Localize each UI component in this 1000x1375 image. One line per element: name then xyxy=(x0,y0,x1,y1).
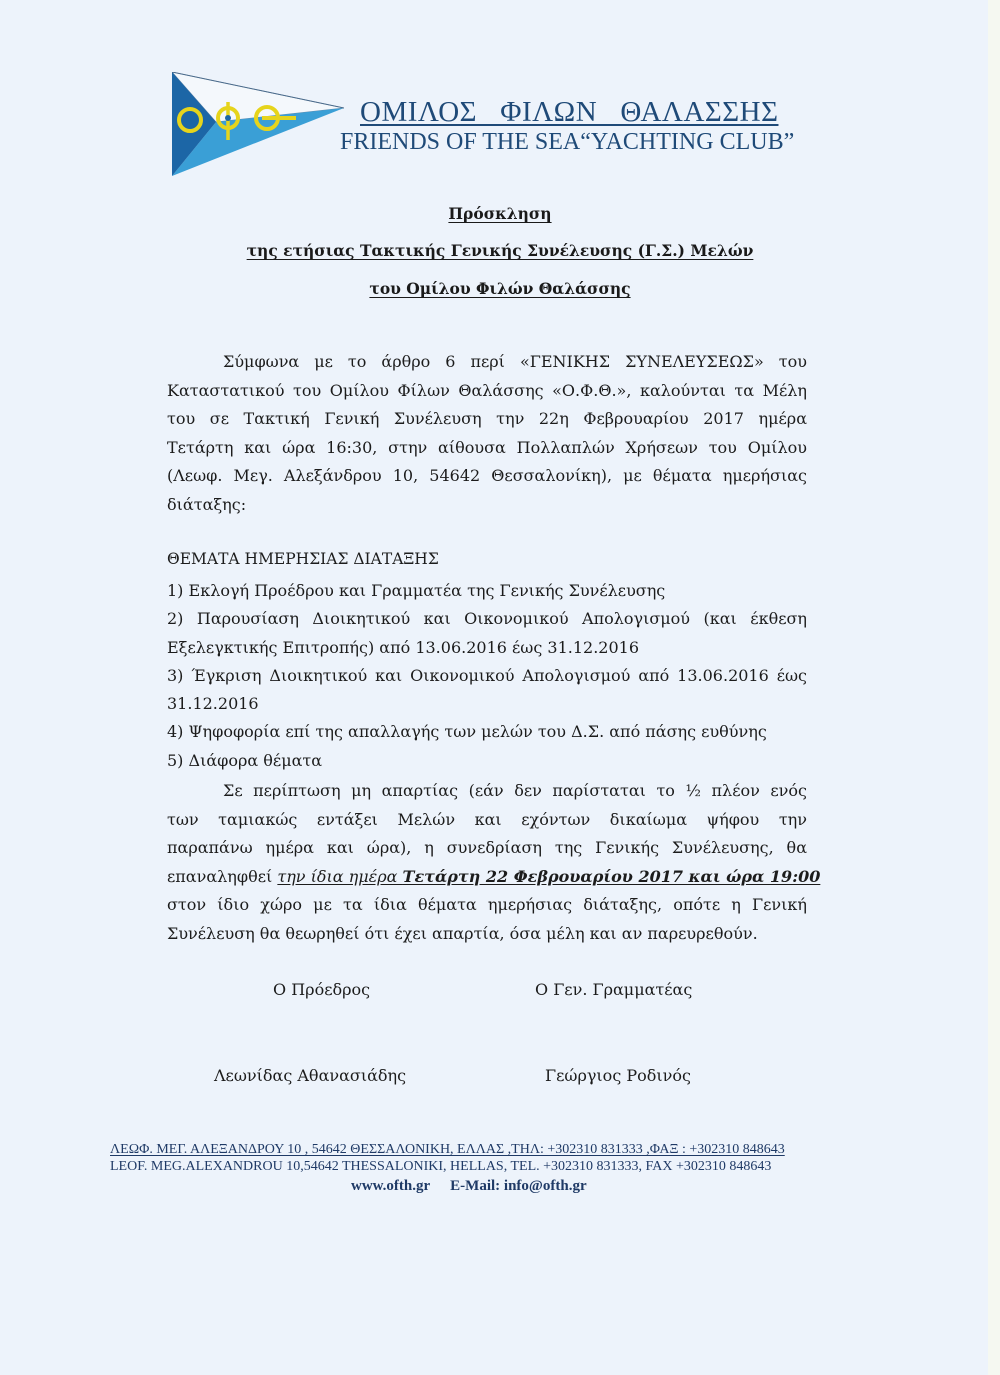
secretary-name: Γεώργιος Ροδινός xyxy=(545,1066,691,1085)
footer-address-english: LEOF. MEG.ALEXANDROU 10,54642 THESSALONI… xyxy=(110,1159,771,1175)
agenda-item-continuation: Εξελεγκτικής Επιτροπής) από 13.06.2016 έ… xyxy=(167,634,807,662)
agenda-heading: ΘΕΜΑΤΑ ΗΜΕΡΗΣΙΑΣ ΔΙΑΤΑΞΗΣ xyxy=(167,550,439,568)
quorum-line-prefix: επαναληφθεί xyxy=(167,867,277,886)
quorum-line: των ταμιακώς εντάξει Μελών και εχόντων δ… xyxy=(167,806,807,835)
agenda-item: 4) Ψηφοφορία επί της απαλλαγής των μελών… xyxy=(167,718,807,746)
secretary-role: Ο Γεν. Γραμματέας xyxy=(535,980,692,999)
quorum-line: Σε περίπτωση μη απαρτίας (εάν δεν παρίστ… xyxy=(167,777,807,806)
intro-line: Σύμφωνα με το άρθρο 6 περί «ΓΕΝΙΚΗΣ ΣΥΝΕ… xyxy=(167,348,807,377)
intro-paragraph: Σύμφωνα με το άρθρο 6 περί «ΓΕΝΙΚΗΣ ΣΥΝΕ… xyxy=(167,348,807,519)
quorum-paragraph: Σε περίπτωση μη απαρτίας (εάν δεν παρίστ… xyxy=(167,777,807,948)
intro-line: (Λεωφ. Μεγ. Αλεξάνδρου 10, 54642 Θεσσαλο… xyxy=(167,462,807,491)
quorum-line: παραπάνω ημέρα και ώρα), η συνεδρίαση τη… xyxy=(167,834,807,863)
document-subtitle-line-1: της ετήσιας Τακτικής Γενικής Συνέλευσης … xyxy=(0,241,1000,260)
agenda-item: 2) Παρουσίαση Διοικητικού και Οικονομικο… xyxy=(167,605,807,633)
footer-contact: www.ofth.grE-Mail: info@ofth.gr xyxy=(351,1178,587,1195)
intro-line: Καταστατικού του Ομίλου Φίλων Θαλάσσης «… xyxy=(167,377,807,406)
quorum-line: Συνέλευση θα θεωρηθεί ότι έχει απαρτία, … xyxy=(167,920,807,949)
agenda-item: 5) Διάφορα θέματα xyxy=(167,747,807,775)
club-pennant-icon xyxy=(172,72,344,176)
website-link[interactable]: www.ofth.gr xyxy=(351,1178,430,1194)
agenda-item-continuation: 31.12.2016 xyxy=(167,690,807,718)
agenda-item: 3) Έγκριση Διοικητικού και Οικονομικού Α… xyxy=(167,662,807,690)
email-link[interactable]: E-Mail: info@ofth.gr xyxy=(450,1178,586,1194)
document-subtitle-line-2: του Ομίλου Φιλών Θαλάσσης xyxy=(0,279,1000,298)
org-name-greek: ΟΜΙΛΟΣ ΦΙΛΩΝ ΘΑΛΑΣΣΗΣ xyxy=(360,96,778,129)
agenda-item: 1) Εκλογή Προέδρου και Γραμματέα της Γεν… xyxy=(167,577,807,605)
intro-line: διάταξης: xyxy=(167,491,807,520)
agenda-list: 1) Εκλογή Προέδρου και Γραμματέα της Γεν… xyxy=(167,577,807,775)
intro-line: του σε Τακτική Γενική Συνέλευση την 22η … xyxy=(167,405,807,434)
repeat-meeting-date: την ίδια ημέρα Τετάρτη 22 Φεβρουαρίου 20… xyxy=(277,867,820,886)
org-name-english: FRIENDS OF THE SEA“YACHTING CLUB” xyxy=(340,129,794,156)
intro-line: Τετάρτη και ώρα 16:30, στην αίθουσα Πολλ… xyxy=(167,434,807,463)
president-name: Λεωνίδας Αθανασιάδης xyxy=(214,1066,406,1085)
repeat-meeting-datetime: Τετάρτη 22 Φεβρουαρίου 2017 και ώρα 19:0… xyxy=(403,867,821,886)
document-title: Πρόσκληση xyxy=(0,204,1000,223)
quorum-line: στον ίδιο χώρο με τα ίδια θέματα ημερήσι… xyxy=(167,891,807,920)
repeat-meeting-day-text: την ίδια ημέρα xyxy=(277,867,402,886)
footer-address-greek: ΛΕΩΦ. ΜΕΓ. ΑΛΕΞΑΝΔΡΟΥ 10 , 54642 ΘΕΣΣΑΛΟ… xyxy=(110,1142,785,1158)
president-role: Ο Πρόεδρος xyxy=(273,980,370,999)
quorum-line: επαναληφθεί την ίδια ημέρα Τετάρτη 22 Φε… xyxy=(167,863,807,892)
